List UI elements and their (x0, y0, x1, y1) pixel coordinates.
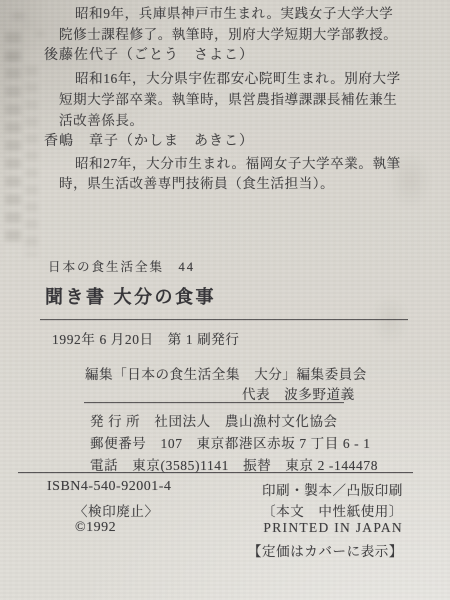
bio-line: 時，県生活改善専門技術員（食生活担当）。 (59, 172, 334, 192)
stamp-note: 〈検印廃止〉 (74, 500, 159, 520)
bio-line: 昭和9年，兵庫県神戸市生まれ。実践女子大学大学 (75, 2, 393, 22)
divider-rule-middle (84, 402, 344, 403)
author-name: 後藤佐代子（ごとう さよこ） (44, 44, 254, 64)
bio-line: 短期大学部卒業。執筆時，県営農指導課課長補佐兼生 (59, 88, 397, 108)
divider-rule-top (40, 319, 408, 320)
bio-line: 昭和27年，大分市生まれ。福岡女子大学卒業。執筆 (75, 152, 401, 172)
postal-line: 郵便番号 107 東京都港区赤坂 7 丁目 6 - 1 (90, 432, 371, 452)
book-title: 聞き書 大分の食事 (45, 283, 216, 309)
printer-line: 印刷・製本／凸版印刷 (262, 479, 403, 499)
author-name: 香嶋 章子（かしま あきこ） (44, 130, 254, 150)
show-through-text-column (5, 32, 21, 244)
publisher-line: 発 行 所 社団法人 農山漁村文化協会 (90, 410, 338, 430)
representative-line: 代表 波多野道義 (242, 383, 355, 403)
editor-line: 編集「日本の食生活全集 大分」編集委員会 (85, 363, 367, 383)
isbn-number: ISBN4-540-92001-4 (47, 479, 171, 495)
copyright-notice: ©1992 (75, 520, 116, 536)
divider-rule-bottom (18, 472, 413, 473)
paper-note: 〔本文 中性紙使用〕 (262, 500, 403, 520)
show-through-text-column (25, 66, 38, 256)
price-note: 【定価はカバーに表示】 (248, 540, 403, 560)
book-colophon-page: 昭和9年，兵庫県神戸市生まれ。実践女子大学大学 院修士課程修了。執筆時，別府大学… (0, 0, 450, 600)
series-title: 日本の食生活全集 44 (48, 257, 195, 275)
phone-line: 電話 東京(3585)1141 振替 東京 2 -144478 (90, 454, 378, 474)
bio-line: 昭和16年，大分県宇佐郡安心院町生まれ。別府大学 (75, 67, 401, 87)
printed-in-japan: PRINTED IN JAPAN (263, 520, 403, 536)
edition-date: 1992年 6 月20日 第 1 刷発行 (52, 328, 240, 348)
bio-line: 院修士課程修了。執筆時，別府大学短期大学部教授。 (59, 23, 397, 43)
bio-line: 活改善係長。 (59, 109, 144, 129)
